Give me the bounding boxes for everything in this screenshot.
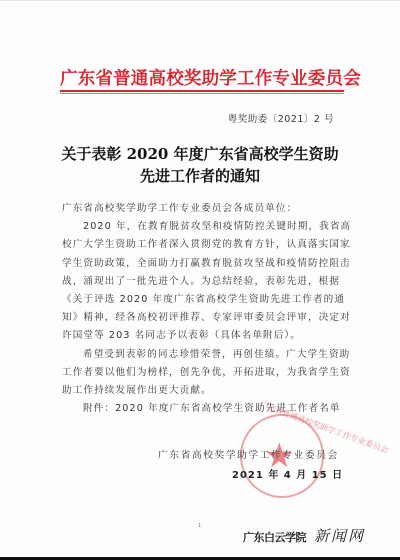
watermark: 广东白云学院新闻网 — [243, 525, 365, 546]
signature-date: 2021 年 4 月 15 日 — [232, 466, 343, 481]
page-number: 1 — [198, 523, 201, 529]
document-number: 粤奖助委〔2021〕2 号 — [228, 111, 334, 125]
notice-title: 关于表彰 2020 年度广东省高校学生资助 先进工作者的通知 — [40, 143, 360, 187]
document-page: 广东省普通高校奖助学工作专业委员会 粤奖助委〔2021〕2 号 关于表彰 202… — [0, 0, 400, 558]
body-paragraph-1: 2020 年，在教育脱贫攻坚和疫情防控关键时期，我省高校广大学生资助工作者深入贯… — [62, 218, 352, 345]
header-rule-thick — [60, 90, 344, 92]
notice-body: 广东省高校奖学助学工作专业委员会各成员单位： 2020 年，在教育脱贫攻坚和疫情… — [62, 200, 352, 418]
body-paragraph-2: 希望受到表彰的同志珍惜荣誉，再创佳绩。广大学生资助工作者要以他们为榜样，创先争优… — [62, 346, 352, 401]
salutation: 广东省高校奖学助学工作专业委员会各成员单位： — [62, 200, 352, 218]
signature: 广东省高校奖学助学工作专业委员会 — [158, 447, 339, 461]
header-rule-thin — [60, 93, 344, 94]
watermark-label: 新闻网 — [314, 527, 365, 545]
watermark-source: 广东白云学院 — [243, 531, 306, 544]
organization-header: 广东省普通高校奖助学工作专业委员会 — [60, 65, 345, 90]
notice-title-line1: 关于表彰 2020 年度广东省高校学生资助 — [40, 143, 360, 165]
notice-title-line2: 先进工作者的通知 — [40, 165, 360, 187]
